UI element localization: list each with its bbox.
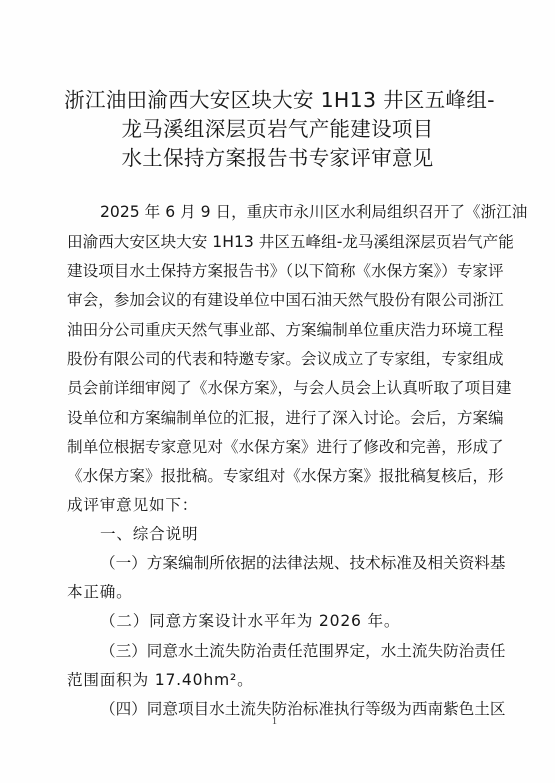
paragraph-line: 油田分公司重庆天然气事业部、方案编制单位重庆浩力环境工程 xyxy=(67,320,487,340)
item-line: （三）同意水土流失防治责任范围界定，水土流失防治责任 xyxy=(100,641,487,661)
paragraph-line: 建设项目水土保持方案报告书》（以下简称《水保方案》）专家评 xyxy=(67,261,487,281)
item-line: （四）同意项目水土流失防治标准执行等级为西南紫色土区 xyxy=(100,699,487,719)
paragraph-line: 《水保方案》报批稿。专家组对《水保方案》报批稿复核后，形 xyxy=(67,466,487,486)
title-line-3: 水土保持方案报告书专家评审意见 xyxy=(0,144,555,173)
page-number: 1 xyxy=(272,716,277,727)
document-title: 浙江油田渝西大安区块大安 1H13 井区五峰组- 龙马溪组深层页岩气产能建设项目… xyxy=(0,86,555,173)
paragraph-line: 审会，参加会议的有建设单位中国石油天然气股份有限公司浙江 xyxy=(67,290,487,310)
item-line: 范围面积为 17.40hm²。 xyxy=(67,670,254,690)
paragraph-line: 制单位根据专家意见对《水保方案》进行了修改和完善，形成了 xyxy=(67,437,487,457)
title-line-2: 龙马溪组深层页岩气产能建设项目 xyxy=(0,115,555,144)
paragraph-line: 田渝西大安区块大安 1H13 井区五峰组-龙马溪组深层页岩气产能 xyxy=(67,232,487,252)
item-line: 本正确。 xyxy=(67,582,133,602)
document-page: 浙江油田渝西大安区块大安 1H13 井区五峰组- 龙马溪组深层页岩气产能建设项目… xyxy=(0,0,555,783)
title-line-1: 浙江油田渝西大安区块大安 1H13 井区五峰组- xyxy=(0,86,555,115)
paragraph-line: 员会前详细审阅了《水保方案》，与会人员会上认真听取了项目建 xyxy=(67,378,487,398)
paragraph-line: 2025 年 6 月 9 日，重庆市永川区水利局组织召开了《浙江油 xyxy=(100,202,487,222)
paragraph-line: 股份有限公司的代表和特邀专家。会议成立了专家组，专家组成 xyxy=(67,349,487,369)
item-line: （二）同意方案设计水平年为 2026 年。 xyxy=(100,611,400,631)
paragraph-line: 设单位和方案编制单位的汇报，进行了深入讨论。会后，方案编 xyxy=(67,408,487,428)
item-line: （一）方案编制所依据的法律法规、技术标准及相关资料基 xyxy=(100,553,487,573)
section-heading: 一、综合说明 xyxy=(100,524,198,544)
paragraph-line: 成评审意见如下： xyxy=(67,495,198,515)
